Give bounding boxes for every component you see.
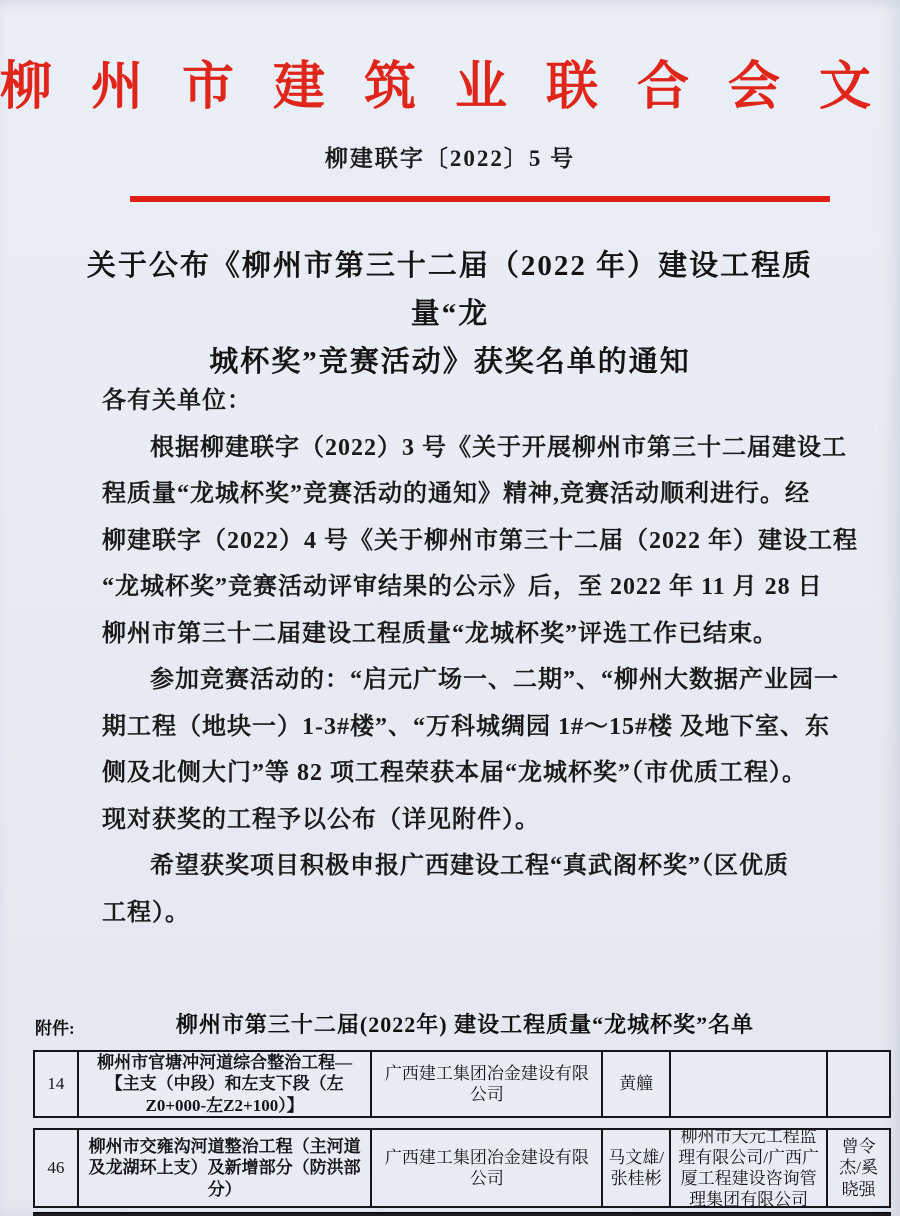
body-line: “龙城杯奖”竞赛活动评审结果的公示》后，至 2022 年 11 月 28 日 [102, 564, 818, 611]
cell-builder-company: 广西建工集团冶金建设有限公司 [372, 1052, 603, 1116]
cell-serial-number: 46 [35, 1130, 79, 1206]
cell-serial-number: 14 [35, 1052, 79, 1116]
body-line: 侧及北侧大门”等 82 项工程荣获本届“龙城杯奖”（市优质工程）。 [102, 750, 818, 797]
cell-supervision-staff [828, 1052, 889, 1116]
body-line: 期工程（地块一）1-3#楼”、“万科城绸园 1#～15#楼 及地下室、东 [102, 704, 818, 751]
attachment-label: 附件: [35, 1014, 75, 1039]
cell-project-name: 柳州市交雍沟河道整治工程（主河道及龙湖环上支）及新增部分（防洪部分） [79, 1130, 373, 1206]
doc-title: 关于公布《柳州市第三十二届（2022 年）建设工程质量“龙 城杯奖”竞赛活动》获… [60, 242, 840, 386]
body-text: 各有关单位： 根据柳建联字（2022）3 号《关于开展柳州市第三十二届建设工 程… [102, 378, 818, 936]
cell-supervision-staff: 曾令杰/奚晓强 [828, 1130, 889, 1206]
doc-number: 柳建联字〔2022〕5 号 [0, 140, 900, 173]
body-line-salutation: 各有关单位： [102, 378, 818, 425]
doc-title-line-1: 关于公布《柳州市第三十二届（2022 年）建设工程质量“龙 [60, 242, 840, 338]
cell-supervision-org: 柳州市天元工程监理有限公司/广西广厦工程建设咨询管理集团有限公司 [671, 1130, 828, 1206]
attachment-title: 柳州市第三十二届(2022年) 建设工程质量“龙城杯奖”名单 [90, 1008, 840, 1039]
body-line: 希望获奖项目积极申报广西建设工程“真武阁杯奖”（区优质 [102, 843, 818, 890]
body-line: 程质量“龙城杯奖”竞赛活动的通知》精神,竞赛活动顺利进行。经 [102, 471, 818, 518]
cell-project-manager: 马文雄/张桂彬 [603, 1130, 671, 1206]
cell-project-name: 柳州市官塘冲河道综合整治工程—【主支（中段）和左支下段（左Z0+000-左Z2+… [79, 1052, 373, 1116]
cell-builder-company: 广西建工集团冶金建设有限公司 [372, 1130, 603, 1206]
body-line: 工程）。 [102, 890, 818, 937]
body-line: 柳州市第三十二届建设工程质量“龙城杯奖”评选工作已结束。 [102, 611, 818, 658]
awards-table-row-46: 46 柳州市交雍沟河道整治工程（主河道及龙湖环上支）及新增部分（防洪部分） 广西… [33, 1128, 891, 1208]
body-line: 柳建联字（2022）4 号《关于柳州市第三十二届（2022 年）建设工程 [102, 518, 818, 565]
cell-supervision-org [671, 1052, 828, 1116]
org-title: 柳 州 市 建 筑 业 联 合 会 文 件 [0, 44, 900, 119]
attachment-header: 附件: 柳州市第三十二届(2022年) 建设工程质量“龙城杯奖”名单 [0, 1008, 900, 1042]
next-table-row-cutoff [33, 1212, 891, 1216]
cell-project-manager: 黄艟 [603, 1052, 671, 1116]
awards-table-row-14: 14 柳州市官塘冲河道综合整治工程—【主支（中段）和左支下段（左Z0+000-左… [33, 1050, 891, 1118]
scanned-document-page: 柳 州 市 建 筑 业 联 合 会 文 件 柳建联字〔2022〕5 号 关于公布… [0, 0, 900, 1216]
body-line: 参加竞赛活动的：“启元广场一、二期”、“柳州大数据产业园一 [102, 657, 818, 704]
body-line: 根据柳建联字（2022）3 号《关于开展柳州市第三十二届建设工 [102, 425, 818, 472]
body-line: 现对获奖的工程予以公布（详见附件）。 [102, 797, 818, 844]
red-divider-rule [130, 196, 830, 202]
